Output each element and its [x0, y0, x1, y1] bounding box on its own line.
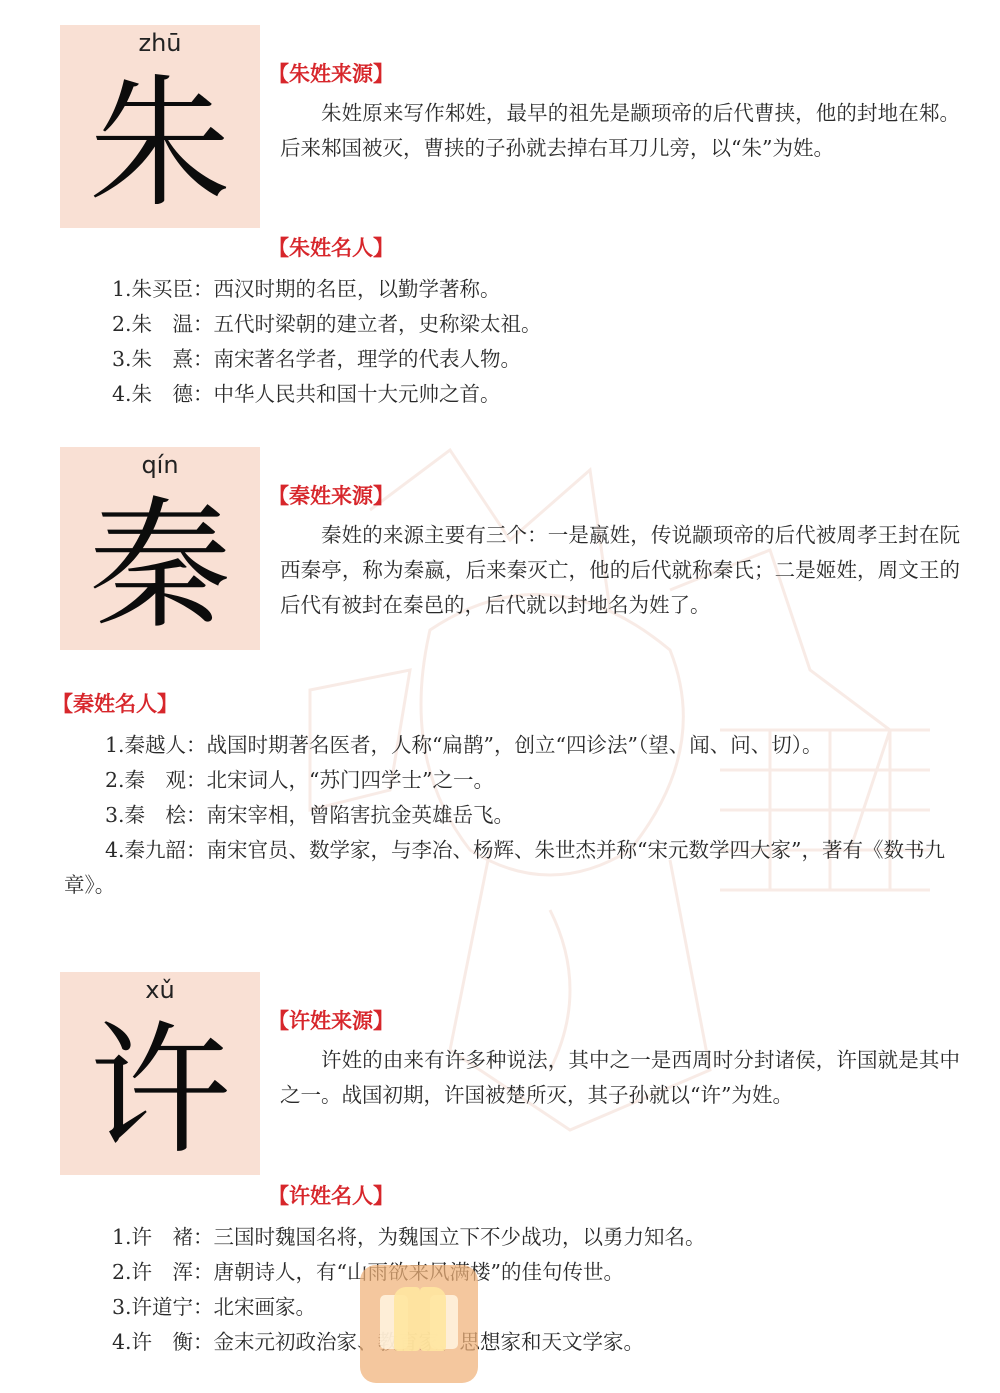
famous-list: 1.朱买臣：西汉时期的名臣，以勤学著称。 2.朱 温：五代时梁朝的建立者，史称梁… — [112, 272, 542, 412]
list-item: 4.秦九韶：南宋官员、数学家，与李冶、杨辉、朱世杰并称“宋元数学四大家”，著有《… — [64, 833, 962, 903]
origin-heading: 【朱姓来源】 — [268, 58, 394, 88]
list-item: 1.许 褚：三国时魏国名将，为魏国立下不少战功，以勇力知名。 — [112, 1220, 706, 1255]
list-item: 2.秦 观：北宋词人，“苏门四学士”之一。 — [64, 763, 962, 798]
list-item: 1.朱买臣：西汉时期的名臣，以勤学著称。 — [112, 272, 542, 307]
list-item: 1.秦越人：战国时期著名医者，人称“扁鹊”，创立“四诊法”（望、闻、问、切）。 — [64, 728, 962, 763]
origin-heading: 【许姓来源】 — [268, 1005, 394, 1035]
list-item: 2.朱 温：五代时梁朝的建立者，史称梁太祖。 — [112, 307, 542, 342]
surname-card-zhu: zhū 朱 — [60, 25, 260, 228]
pinyin: xǔ — [60, 976, 260, 1004]
list-item: 3.秦 桧：南宋宰相，曾陷害抗金英雄岳飞。 — [64, 798, 962, 833]
pinyin: qín — [60, 451, 260, 479]
famous-heading: 【朱姓名人】 — [268, 232, 394, 262]
famous-heading: 【秦姓名人】 — [52, 688, 178, 718]
surname-character: 秦 — [60, 487, 260, 647]
surname-card-xu: xǔ 许 — [60, 972, 260, 1175]
origin-text: 秦姓的来源主要有三个：一是嬴姓，传说颛顼帝的后代被周孝王封在阮西秦亭，称为秦嬴，… — [280, 518, 960, 623]
pinyin: zhū — [60, 29, 260, 57]
origin-heading: 【秦姓来源】 — [268, 480, 394, 510]
famous-heading: 【许姓名人】 — [268, 1180, 394, 1210]
famous-list: 1.秦越人：战国时期著名医者，人称“扁鹊”，创立“四诊法”（望、闻、问、切）。 … — [64, 728, 962, 903]
list-item: 3.朱 熹：南宋著名学者，理学的代表人物。 — [112, 342, 542, 377]
origin-text: 朱姓原来写作邾姓，最早的祖先是颛顼帝的后代曹挟，他的封地在邾。后来邾国被灭，曹挟… — [280, 96, 960, 166]
surname-character: 朱 — [60, 65, 260, 225]
surname-card-qin: qín 秦 — [60, 447, 260, 650]
surname-character: 许 — [60, 1012, 260, 1172]
list-item: 4.朱 德：中华人民共和国十大元帅之首。 — [112, 377, 542, 412]
origin-text: 许姓的由来有许多种说法，其中之一是西周时分封诸侯，许国就是其中之一。战国初期，许… — [280, 1043, 960, 1113]
open-book-icon — [360, 1265, 478, 1383]
